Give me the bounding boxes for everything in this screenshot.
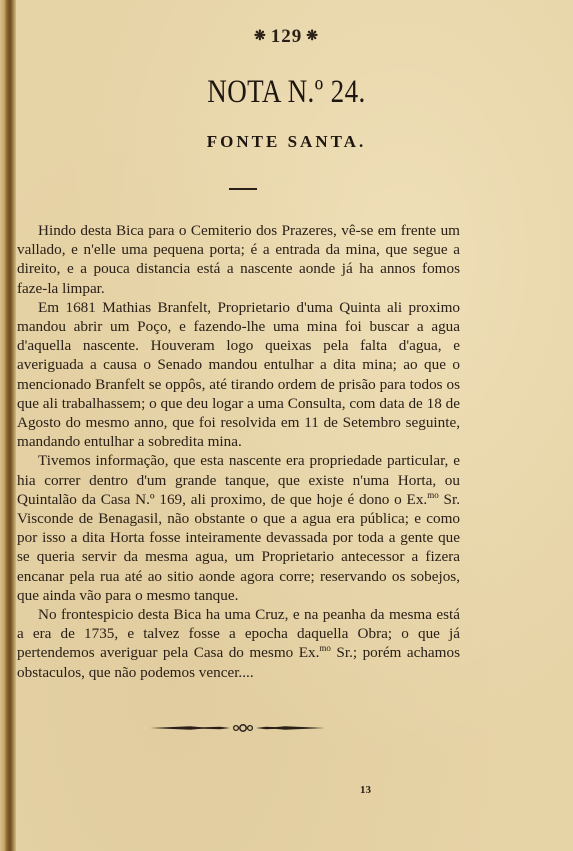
note-title: NOTA N.º 24. <box>52 74 522 111</box>
paragraph-3-part-1: Tivemos informação, que esta nascente er… <box>17 452 460 507</box>
ornament-star-icon: ❋ <box>306 29 319 44</box>
paragraph-1: Hindo desta Bica para o Cemiterio dos Pr… <box>17 221 460 298</box>
superscript-abbrev: mo <box>427 490 439 500</box>
page-number: ❋129❋ <box>0 26 573 48</box>
paragraph-2: Em 1681 Mathias Branfelt, Proprietario d… <box>17 298 460 452</box>
title-divider-rule <box>229 188 257 190</box>
book-spine-edge <box>0 0 16 851</box>
note-subtitle: FONTE SANTA. <box>0 132 573 152</box>
body-text: Hindo desta Bica para o Cemiterio dos Pr… <box>17 221 460 682</box>
ornament-star-icon: ❋ <box>254 29 267 44</box>
superscript-abbrev: mo <box>319 643 331 653</box>
paragraph-3: Tivemos informação, que esta nascente er… <box>17 451 460 605</box>
printer-signature-mark: 13 <box>360 784 371 796</box>
end-ornament-divider-icon <box>150 722 325 734</box>
page-number-value: 129 <box>271 26 303 47</box>
paragraph-4: No frontespicio desta Bica ha uma Cruz, … <box>17 605 460 682</box>
